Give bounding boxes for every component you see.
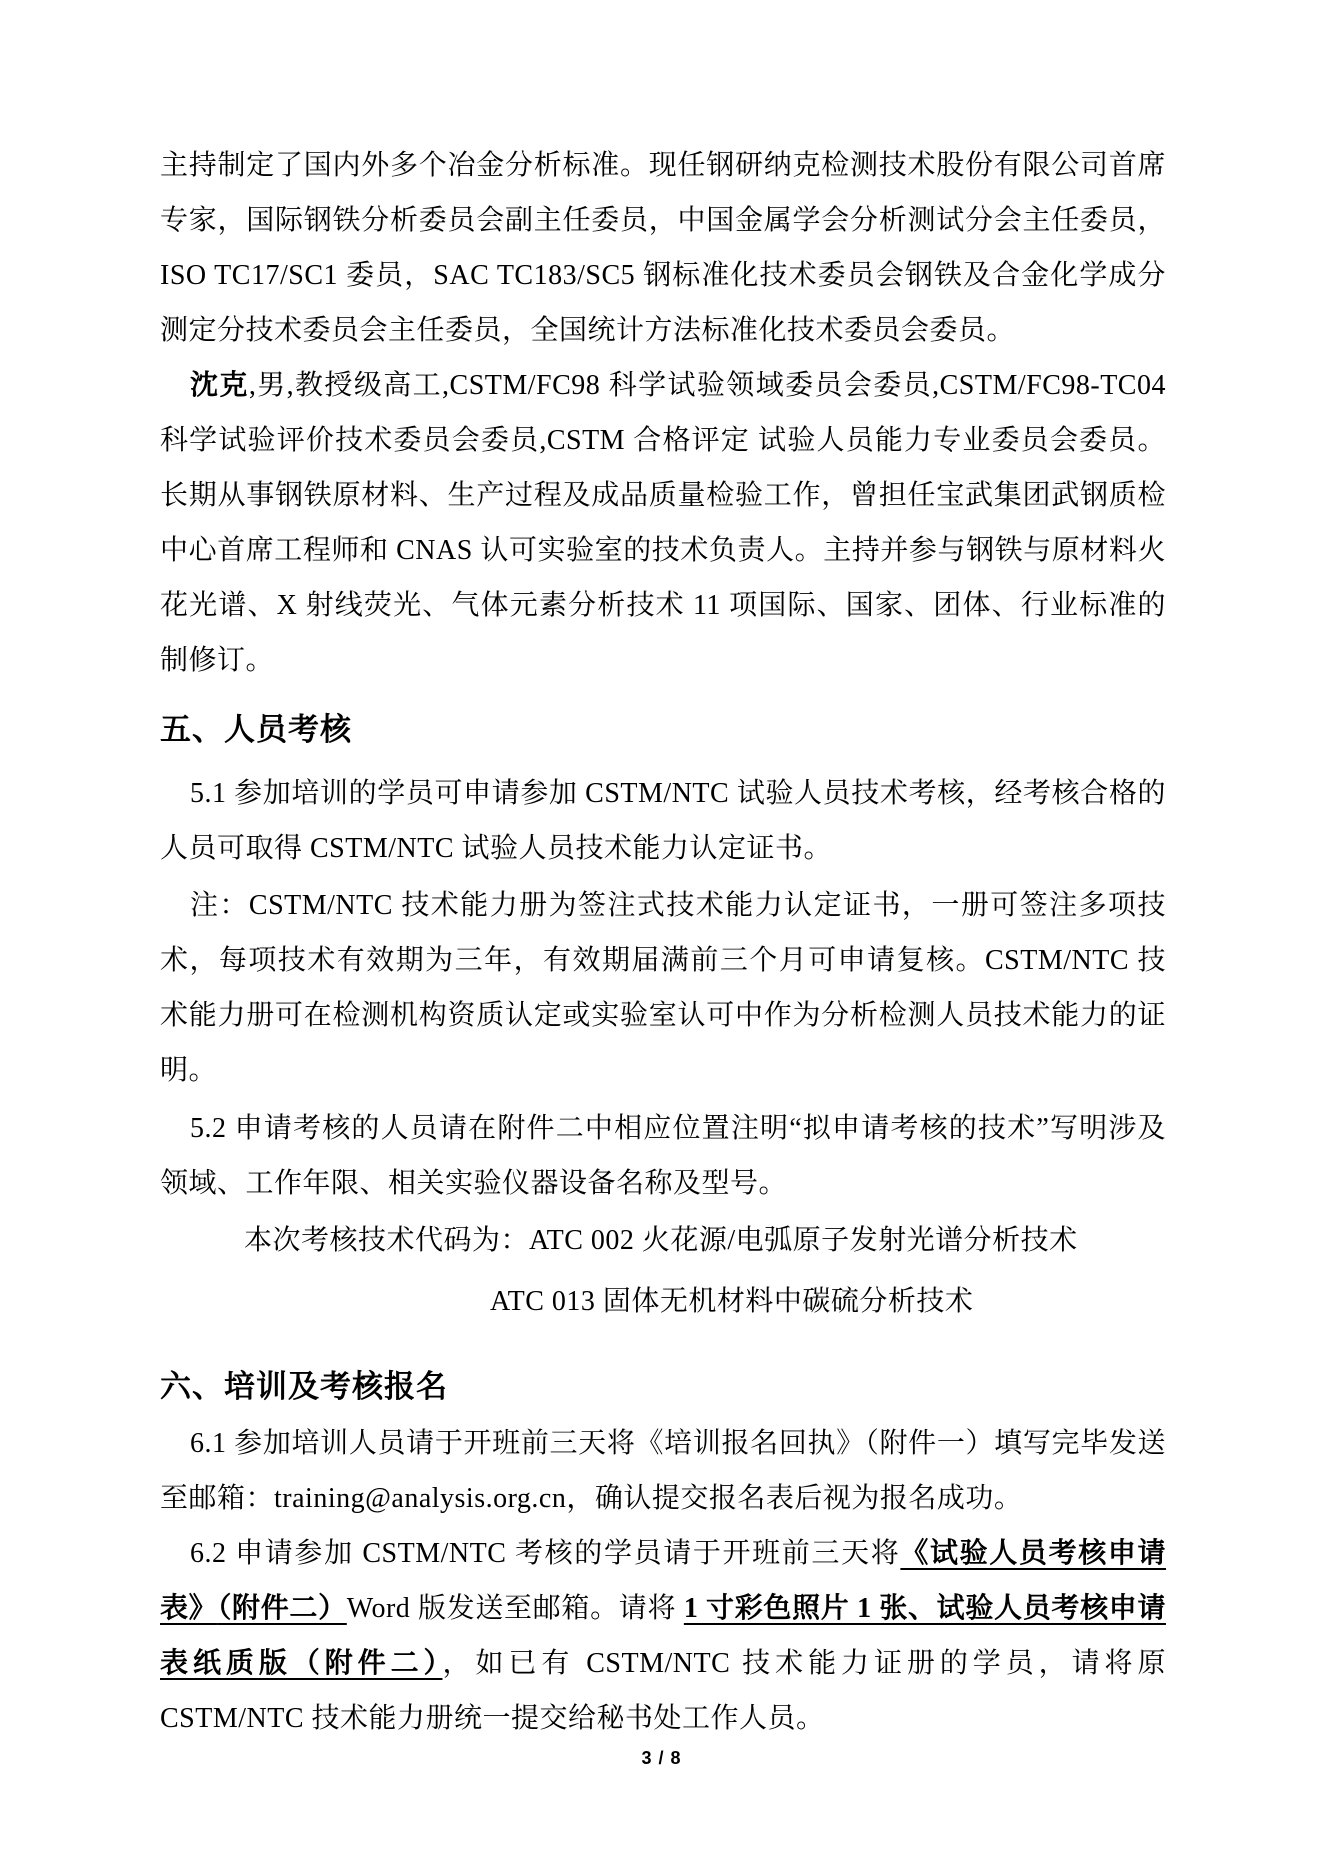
page-number: 3 / 8 — [0, 1748, 1323, 1769]
paragraph-5-1: 5.1 参加培训的学员可申请参加 CSTM/NTC 试验人员技术考核，经考核合格… — [160, 766, 1166, 876]
section-6-heading: 六、培训及考核报名 — [160, 1359, 1166, 1414]
paragraph-6-2-s4: Word 版发送至邮箱。请将 — [347, 1593, 684, 1624]
paragraph-shenke-text: ,男,教授级高工,CSTM/FC98 科学试验领域委员会委员,CSTM/FC98… — [160, 370, 1166, 676]
page-content: 主持制定了国内外多个冶金分析标准。现任钢研纳克检测技术股份有限公司首席专家，国际… — [160, 138, 1166, 1746]
assessment-code-line-2: ATC 013 固体无机材料中碳硫分析技术 — [490, 1274, 1166, 1329]
paragraph-shenke: 沈克,男,教授级高工,CSTM/FC98 科学试验领域委员会委员,CSTM/FC… — [160, 358, 1166, 688]
paragraph-6-1-tail: ，确认提交报名表后视为报名成功。 — [566, 1483, 1022, 1514]
attachment-2-label: （附件二） — [217, 1593, 346, 1624]
paragraph-bio-continuation: 主持制定了国内外多个冶金分析标准。现任钢研纳克检测技术股份有限公司首席专家，国际… — [160, 138, 1166, 358]
assessment-code-line-1: 本次考核技术代码为：ATC 002 火花源/电弧原子发射光谱分析技术 — [160, 1213, 1166, 1268]
document-page: 主持制定了国内外多个冶金分析标准。现任钢研纳克检测技术股份有限公司首席专家，国际… — [0, 0, 1323, 1871]
paragraph-5-2: 5.2 申请考核的人员请在附件二中相应位置注明“拟申请考核的技术”写明涉及领域、… — [160, 1101, 1166, 1211]
person-name-shenke: 沈克 — [190, 370, 249, 401]
paragraph-note: 注：CSTM/NTC 技术能力册为签注式技术能力认定证书，一册可签注多项技术，每… — [160, 878, 1166, 1098]
email-address: training@analysis.org.cn — [274, 1483, 566, 1514]
paragraph-6-2: 6.2 申请参加 CSTM/NTC 考核的学员请于开班前三天将《试验人员考核申请… — [160, 1526, 1166, 1746]
section-5-heading: 五、人员考核 — [160, 702, 1166, 757]
paragraph-6-1: 6.1 参加培训人员请于开班前三天将《培训报名回执》（附件一）填写完毕发送至邮箱… — [160, 1416, 1166, 1526]
paragraph-6-2-s1: 6.2 申请参加 CSTM/NTC 考核的学员请于开班前三天将 — [190, 1538, 900, 1569]
